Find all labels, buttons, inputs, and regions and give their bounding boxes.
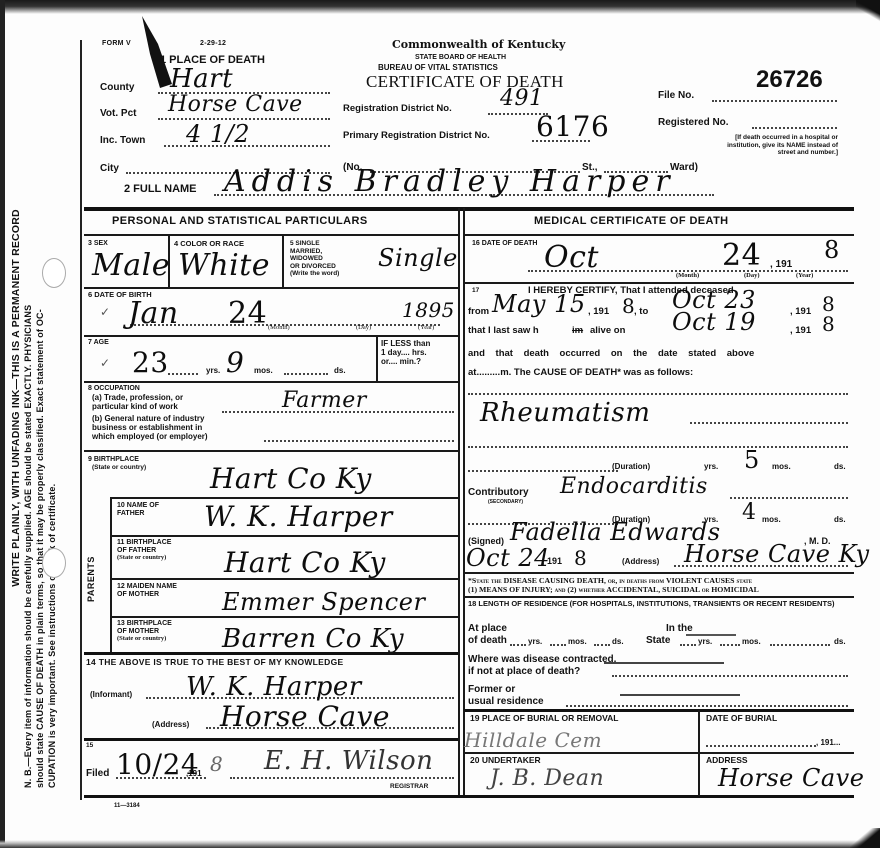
dod-year-prefix: , 191 bbox=[770, 260, 792, 269]
scan-top-edge bbox=[0, 0, 880, 14]
inc-town-field[interactable]: 4 1/2 bbox=[186, 120, 250, 148]
residence-ds-label: ds. bbox=[612, 637, 624, 646]
occupation-b-line bbox=[264, 440, 454, 442]
column-divider bbox=[458, 208, 460, 798]
to-year-prefix: , 191 bbox=[790, 306, 811, 317]
undertaker-field[interactable]: J. B. Dean bbox=[490, 766, 604, 791]
punch-hole bbox=[42, 548, 66, 578]
if-less-label: IF LESS than 1 day.... hrs. or.... min.? bbox=[381, 339, 430, 366]
last-saw-pronoun: im bbox=[572, 325, 583, 336]
cell-divider bbox=[282, 235, 284, 288]
last-saw-year[interactable]: 8 bbox=[822, 312, 835, 336]
residence-line bbox=[510, 644, 526, 646]
sex-field[interactable]: Male bbox=[92, 248, 170, 283]
year-caption: (Year) bbox=[796, 272, 813, 279]
residence-line bbox=[770, 644, 830, 646]
footnote-line: (1) MEANS OF INJURY; and (2) whether ACC… bbox=[468, 585, 759, 594]
row-divider bbox=[464, 752, 854, 754]
race-field[interactable]: White bbox=[178, 248, 270, 283]
cause-footnote: *State the DISEASE CAUSING DEATH, or, in… bbox=[468, 576, 759, 594]
dob-year-field[interactable]: 1895 bbox=[402, 298, 455, 322]
last-saw-field[interactable]: Oct 19 bbox=[672, 308, 756, 336]
alive-on-text: alive on bbox=[590, 325, 625, 336]
burial-date-label: DATE OF BURIAL bbox=[706, 714, 777, 723]
label-line: 13 BIRTHPLACE bbox=[117, 620, 172, 628]
occupation-b-label: (b) General nature of industry business … bbox=[92, 414, 208, 441]
father-name-label: 10 NAME OF FATHER bbox=[117, 502, 159, 517]
duration-ds-label: ds. bbox=[834, 515, 846, 524]
informant-label: (Informant) bbox=[90, 690, 132, 699]
checkmark-icon: ✓ bbox=[100, 356, 110, 370]
age-label: 7 AGE bbox=[88, 339, 109, 347]
row-divider bbox=[110, 535, 458, 537]
father-name-field[interactable]: W. K. Harper bbox=[204, 500, 393, 533]
cause-line bbox=[468, 446, 848, 448]
file-no-line bbox=[712, 100, 837, 102]
age-yrs-label: yrs. bbox=[206, 366, 220, 375]
burial-place-field[interactable]: Hilldale Cem bbox=[464, 728, 602, 752]
full-name-field[interactable]: Addis Bradley Harper bbox=[224, 164, 676, 199]
age-months-field[interactable]: 9 bbox=[226, 346, 244, 379]
dod-month-field[interactable]: Oct bbox=[544, 240, 599, 275]
file-number: 26726 bbox=[756, 66, 823, 94]
dob-month-field[interactable]: Jan bbox=[128, 296, 179, 331]
residence-state-ds-label: ds. bbox=[834, 637, 846, 646]
birthplace-label: 9 BIRTHPLACE bbox=[88, 456, 139, 464]
marital-label-line: (Write the word) bbox=[290, 270, 339, 278]
cause-line bbox=[690, 422, 848, 424]
registrar-label: REGISTRAR bbox=[390, 783, 428, 791]
cause-duration-months[interactable]: 5 bbox=[744, 446, 760, 474]
bureau-title: BUREAU OF VITAL STATISTICS bbox=[378, 63, 498, 72]
occupation-a-label: (a) Trade, profession, or particular kin… bbox=[92, 393, 183, 411]
marital-label: 5 SINGLE MARRIED, WIDOWED OR DIVORCED (W… bbox=[290, 240, 339, 278]
filed-number: 15 bbox=[86, 742, 93, 750]
filed-label: Filed bbox=[86, 768, 109, 779]
occupation-b-line: business or establishment in bbox=[92, 423, 208, 432]
dod-day-field[interactable]: 24 bbox=[722, 238, 761, 273]
registration-district-label: Registration District No. bbox=[343, 103, 452, 114]
physician-address-label: (Address) bbox=[622, 557, 659, 566]
birthplace-field[interactable]: Hart Co Ky bbox=[210, 462, 372, 495]
dob-day-field[interactable]: 24 bbox=[228, 296, 267, 331]
age-ds-label: ds. bbox=[334, 366, 346, 375]
duration-yrs-label: yrs. bbox=[704, 462, 718, 471]
row-divider bbox=[84, 652, 458, 655]
burial-place-label: 19 PLACE OF BURIAL OR REMOVAL bbox=[470, 714, 618, 723]
label-line: OF MOTHER bbox=[117, 591, 177, 599]
form-revision: 2-29-12 bbox=[200, 40, 226, 47]
side-main-text: WRITE PLAINLY, WITH UNFADING INK—THIS IS… bbox=[10, 48, 22, 788]
commonwealth-title: Commonwealth of Kentucky bbox=[392, 38, 565, 51]
pen-stroke bbox=[604, 662, 724, 664]
informant-field[interactable]: W. K. Harper bbox=[186, 672, 362, 702]
pen-stroke bbox=[620, 694, 740, 696]
registered-no-line bbox=[752, 127, 837, 129]
row-divider bbox=[464, 709, 854, 712]
cell-divider bbox=[376, 336, 378, 381]
informant-statement: 14 THE ABOVE IS TRUE TO THE BEST OF MY K… bbox=[86, 657, 343, 667]
cause-intro: at.........m. The CAUSE OF DEATH* was as… bbox=[468, 367, 693, 378]
duration-line bbox=[468, 470, 618, 472]
secondary-label: (SECONDARY) bbox=[488, 499, 523, 505]
age-line bbox=[284, 373, 328, 375]
undertaker-label: 20 UNDERTAKER bbox=[470, 756, 541, 765]
row-divider bbox=[110, 497, 458, 499]
signed-year-field[interactable]: 8 bbox=[574, 546, 587, 570]
form-code: 11—3184 bbox=[114, 803, 140, 811]
death-certificate-page: WRITE PLAINLY, WITH UNFADING INK—THIS IS… bbox=[0, 0, 880, 848]
burial-date-year: , 191... bbox=[816, 738, 840, 747]
section-divider bbox=[84, 207, 854, 211]
in-the-label: In the bbox=[666, 623, 693, 634]
occupation-a-line: (a) Trade, profession, or bbox=[92, 393, 183, 402]
row-divider bbox=[464, 282, 854, 284]
row-divider bbox=[84, 450, 458, 452]
side-note-line: should state CAUSE OF DEATH in plain ter… bbox=[34, 48, 46, 788]
row-divider bbox=[84, 287, 458, 289]
side-note-line: CUPATION is very important. See instruct… bbox=[46, 48, 58, 788]
vot-pct-label: Vot. Pct bbox=[100, 108, 136, 119]
day-caption: (Day) bbox=[356, 324, 371, 331]
primary-district-label: Primary Registration District No. bbox=[343, 130, 490, 141]
contracted-sub-label: if not at place of death? bbox=[468, 666, 580, 677]
mother-birthplace-label: 13 BIRTHPLACE OF MOTHER (State or countr… bbox=[117, 620, 172, 643]
from-year-prefix: , 191 bbox=[588, 306, 609, 317]
cell-divider bbox=[168, 235, 170, 288]
contributory-line bbox=[730, 497, 848, 499]
last-saw-text: that I last saw h bbox=[468, 325, 539, 336]
checkmark-icon: ✓ bbox=[100, 305, 110, 319]
cause-of-death-field[interactable]: Rheumatism bbox=[480, 398, 650, 428]
filed-year-prefix: ,191 bbox=[186, 769, 202, 778]
father-birthplace-field[interactable]: Hart Co Ky bbox=[224, 546, 386, 579]
physician-address-field[interactable]: Horse Cave Ky bbox=[684, 540, 870, 568]
hospital-note: [If death occurred in a hospital or inst… bbox=[726, 134, 838, 157]
label-line: FATHER bbox=[117, 510, 159, 518]
medical-section-title: MEDICAL CERTIFICATE OF DEATH bbox=[534, 215, 729, 227]
undertaker-address-field[interactable]: Horse Cave bbox=[718, 764, 864, 792]
informant-address-field[interactable]: Horse Cave bbox=[220, 700, 390, 733]
age-years-field[interactable]: 23 bbox=[132, 346, 169, 379]
contributory-duration-months[interactable]: 4 bbox=[742, 500, 757, 525]
scan-bottom-edge bbox=[0, 840, 880, 848]
primary-district-field[interactable]: 6176 bbox=[536, 110, 609, 143]
residence-title: 18 LENGTH OF RESIDENCE (FOR HOSPITALS, I… bbox=[468, 599, 848, 608]
marital-label-line: WIDOWED bbox=[290, 255, 339, 263]
registration-district-field[interactable]: 491 bbox=[500, 86, 544, 111]
contributory-label: Contributory bbox=[468, 487, 529, 498]
age-mos-label: mos. bbox=[254, 366, 273, 375]
residence-mos-label: mos. bbox=[568, 637, 587, 646]
duration-mos-label: mos. bbox=[762, 515, 781, 524]
mother-name-label: 12 MAIDEN NAME OF MOTHER bbox=[117, 583, 177, 598]
usual-residence-line bbox=[566, 705, 848, 707]
row-divider bbox=[84, 234, 458, 236]
contracted-label: Where was disease contracted, bbox=[468, 654, 616, 665]
at-place-label: At place bbox=[468, 623, 507, 634]
if-less-line: 1 day.... hrs. bbox=[381, 348, 430, 357]
row-divider bbox=[110, 578, 458, 580]
if-less-line: or.... min.? bbox=[381, 357, 430, 366]
if-less-line: IF LESS than bbox=[381, 339, 430, 348]
dod-label: 16 DATE OF DEATH bbox=[472, 240, 537, 248]
burial-date-line bbox=[706, 745, 816, 747]
board-title: STATE BOARD OF HEALTH bbox=[415, 54, 506, 62]
row-divider bbox=[84, 335, 458, 337]
personal-section-title: PERSONAL AND STATISTICAL PARTICULARS bbox=[112, 215, 368, 227]
label-line: OF MOTHER bbox=[117, 628, 172, 636]
side-instructions: WRITE PLAINLY, WITH UNFADING INK—THIS IS… bbox=[10, 48, 80, 788]
month-caption: (Month) bbox=[676, 272, 699, 279]
label-line: OF FATHER bbox=[117, 547, 171, 555]
informant-address-label: (Address) bbox=[152, 720, 189, 729]
age-line bbox=[168, 373, 198, 375]
mother-name-field[interactable]: Emmer Spencer bbox=[222, 588, 425, 616]
marital-label-line: MARRIED, bbox=[290, 248, 339, 256]
from-label: from bbox=[468, 306, 489, 317]
dod-year-field[interactable]: 8 bbox=[824, 236, 840, 264]
signed-date-field[interactable]: Oct 24 bbox=[466, 544, 550, 572]
of-death-label: of death bbox=[468, 635, 507, 646]
marital-field[interactable]: Single bbox=[378, 244, 458, 272]
month-caption: (Month) bbox=[268, 324, 290, 331]
scan-corner bbox=[856, 0, 880, 22]
contributory-field[interactable]: Endocarditis bbox=[560, 474, 708, 499]
contracted-line bbox=[612, 675, 848, 677]
footnote-line: *State the DISEASE CAUSING DEATH, or, in… bbox=[468, 576, 759, 585]
side-note-line: N. B.—Every item of information should b… bbox=[22, 48, 34, 788]
scan-corner bbox=[850, 828, 880, 848]
vot-pct-field[interactable]: Horse Cave bbox=[168, 92, 303, 117]
scan-left-edge bbox=[0, 0, 5, 848]
residence-state-mos-label: mos. bbox=[742, 637, 761, 646]
duration-ds-label: ds. bbox=[834, 462, 846, 471]
county-field[interactable]: Hart bbox=[170, 64, 233, 94]
punch-hole bbox=[42, 258, 66, 288]
inc-town-label: Inc. Town bbox=[100, 135, 145, 146]
form-number: FORM V bbox=[102, 40, 131, 47]
duration-label: (Duration) bbox=[612, 462, 650, 471]
race-label: 4 COLOR OR RACE bbox=[174, 240, 244, 248]
to-label: , to bbox=[634, 306, 648, 317]
pen-stroke bbox=[686, 634, 736, 636]
parents-label: PARENTS bbox=[86, 556, 96, 602]
mother-birthplace-field[interactable]: Barren Co Ky bbox=[222, 624, 404, 654]
birthplace-sub-label: (State or country) bbox=[92, 464, 146, 472]
occupation-field[interactable]: Farmer bbox=[282, 388, 367, 413]
row-divider bbox=[464, 572, 854, 574]
city-label: City bbox=[100, 163, 119, 174]
file-no-label: File No. bbox=[658, 90, 694, 101]
father-birthplace-label: 11 BIRTHPLACE OF FATHER (State or countr… bbox=[117, 539, 171, 562]
residence-line bbox=[594, 644, 610, 646]
occurred-text: and that death occurred on the date stat… bbox=[468, 348, 754, 359]
occupation-a-line: particular kind of work bbox=[92, 402, 183, 411]
signed-year-prefix: , 191 bbox=[542, 556, 562, 566]
marital-label-line: 5 SINGLE bbox=[290, 240, 339, 248]
occupation-label: 8 OCCUPATION bbox=[88, 385, 140, 393]
label-line: 10 NAME OF bbox=[117, 502, 159, 510]
registrar-line bbox=[230, 777, 454, 779]
bottom-border bbox=[84, 795, 854, 798]
residence-line bbox=[680, 644, 696, 646]
state-label: State bbox=[646, 635, 670, 646]
former-label: Former or bbox=[468, 684, 515, 695]
usual-residence-label: usual residence bbox=[468, 696, 544, 707]
row-divider bbox=[464, 596, 854, 598]
residence-yrs-label: yrs. bbox=[528, 637, 542, 646]
filed-year-field[interactable]: 8 bbox=[210, 752, 223, 776]
certify-number: 17 bbox=[472, 287, 479, 295]
day-caption: (Day) bbox=[744, 272, 760, 279]
last-saw-year-prefix: , 191 bbox=[790, 325, 811, 336]
row-divider bbox=[110, 616, 458, 618]
attended-from-field[interactable]: May 15 bbox=[492, 290, 586, 318]
duration-mos-label: mos. bbox=[772, 462, 791, 471]
side-divider bbox=[80, 40, 82, 800]
residence-line bbox=[550, 644, 566, 646]
registrar-signature[interactable]: E. H. Wilson bbox=[264, 746, 433, 776]
occupation-b-line: which employed (or employer) bbox=[92, 432, 208, 441]
full-name-label: 2 FULL NAME bbox=[124, 183, 197, 195]
row-divider bbox=[464, 234, 854, 236]
row-divider bbox=[84, 738, 458, 741]
row-divider bbox=[84, 381, 458, 383]
county-label: County bbox=[100, 82, 134, 93]
label-line: (State or country) bbox=[117, 635, 172, 643]
label-line: 11 BIRTHPLACE bbox=[117, 539, 171, 547]
parents-divider bbox=[110, 497, 112, 652]
occupation-b-line: (b) General nature of industry bbox=[92, 414, 208, 423]
registered-no-label: Registered No. bbox=[658, 117, 729, 128]
residence-state-yrs-label: yrs. bbox=[698, 637, 712, 646]
label-line: 12 MAIDEN NAME bbox=[117, 583, 177, 591]
year-caption: (Year) bbox=[418, 324, 434, 331]
cause-line bbox=[468, 393, 848, 395]
marital-label-line: OR DIVORCED bbox=[290, 263, 339, 271]
sex-label: 3 SEX bbox=[88, 240, 108, 248]
residence-line bbox=[720, 644, 740, 646]
label-line: (State or country) bbox=[117, 554, 171, 562]
